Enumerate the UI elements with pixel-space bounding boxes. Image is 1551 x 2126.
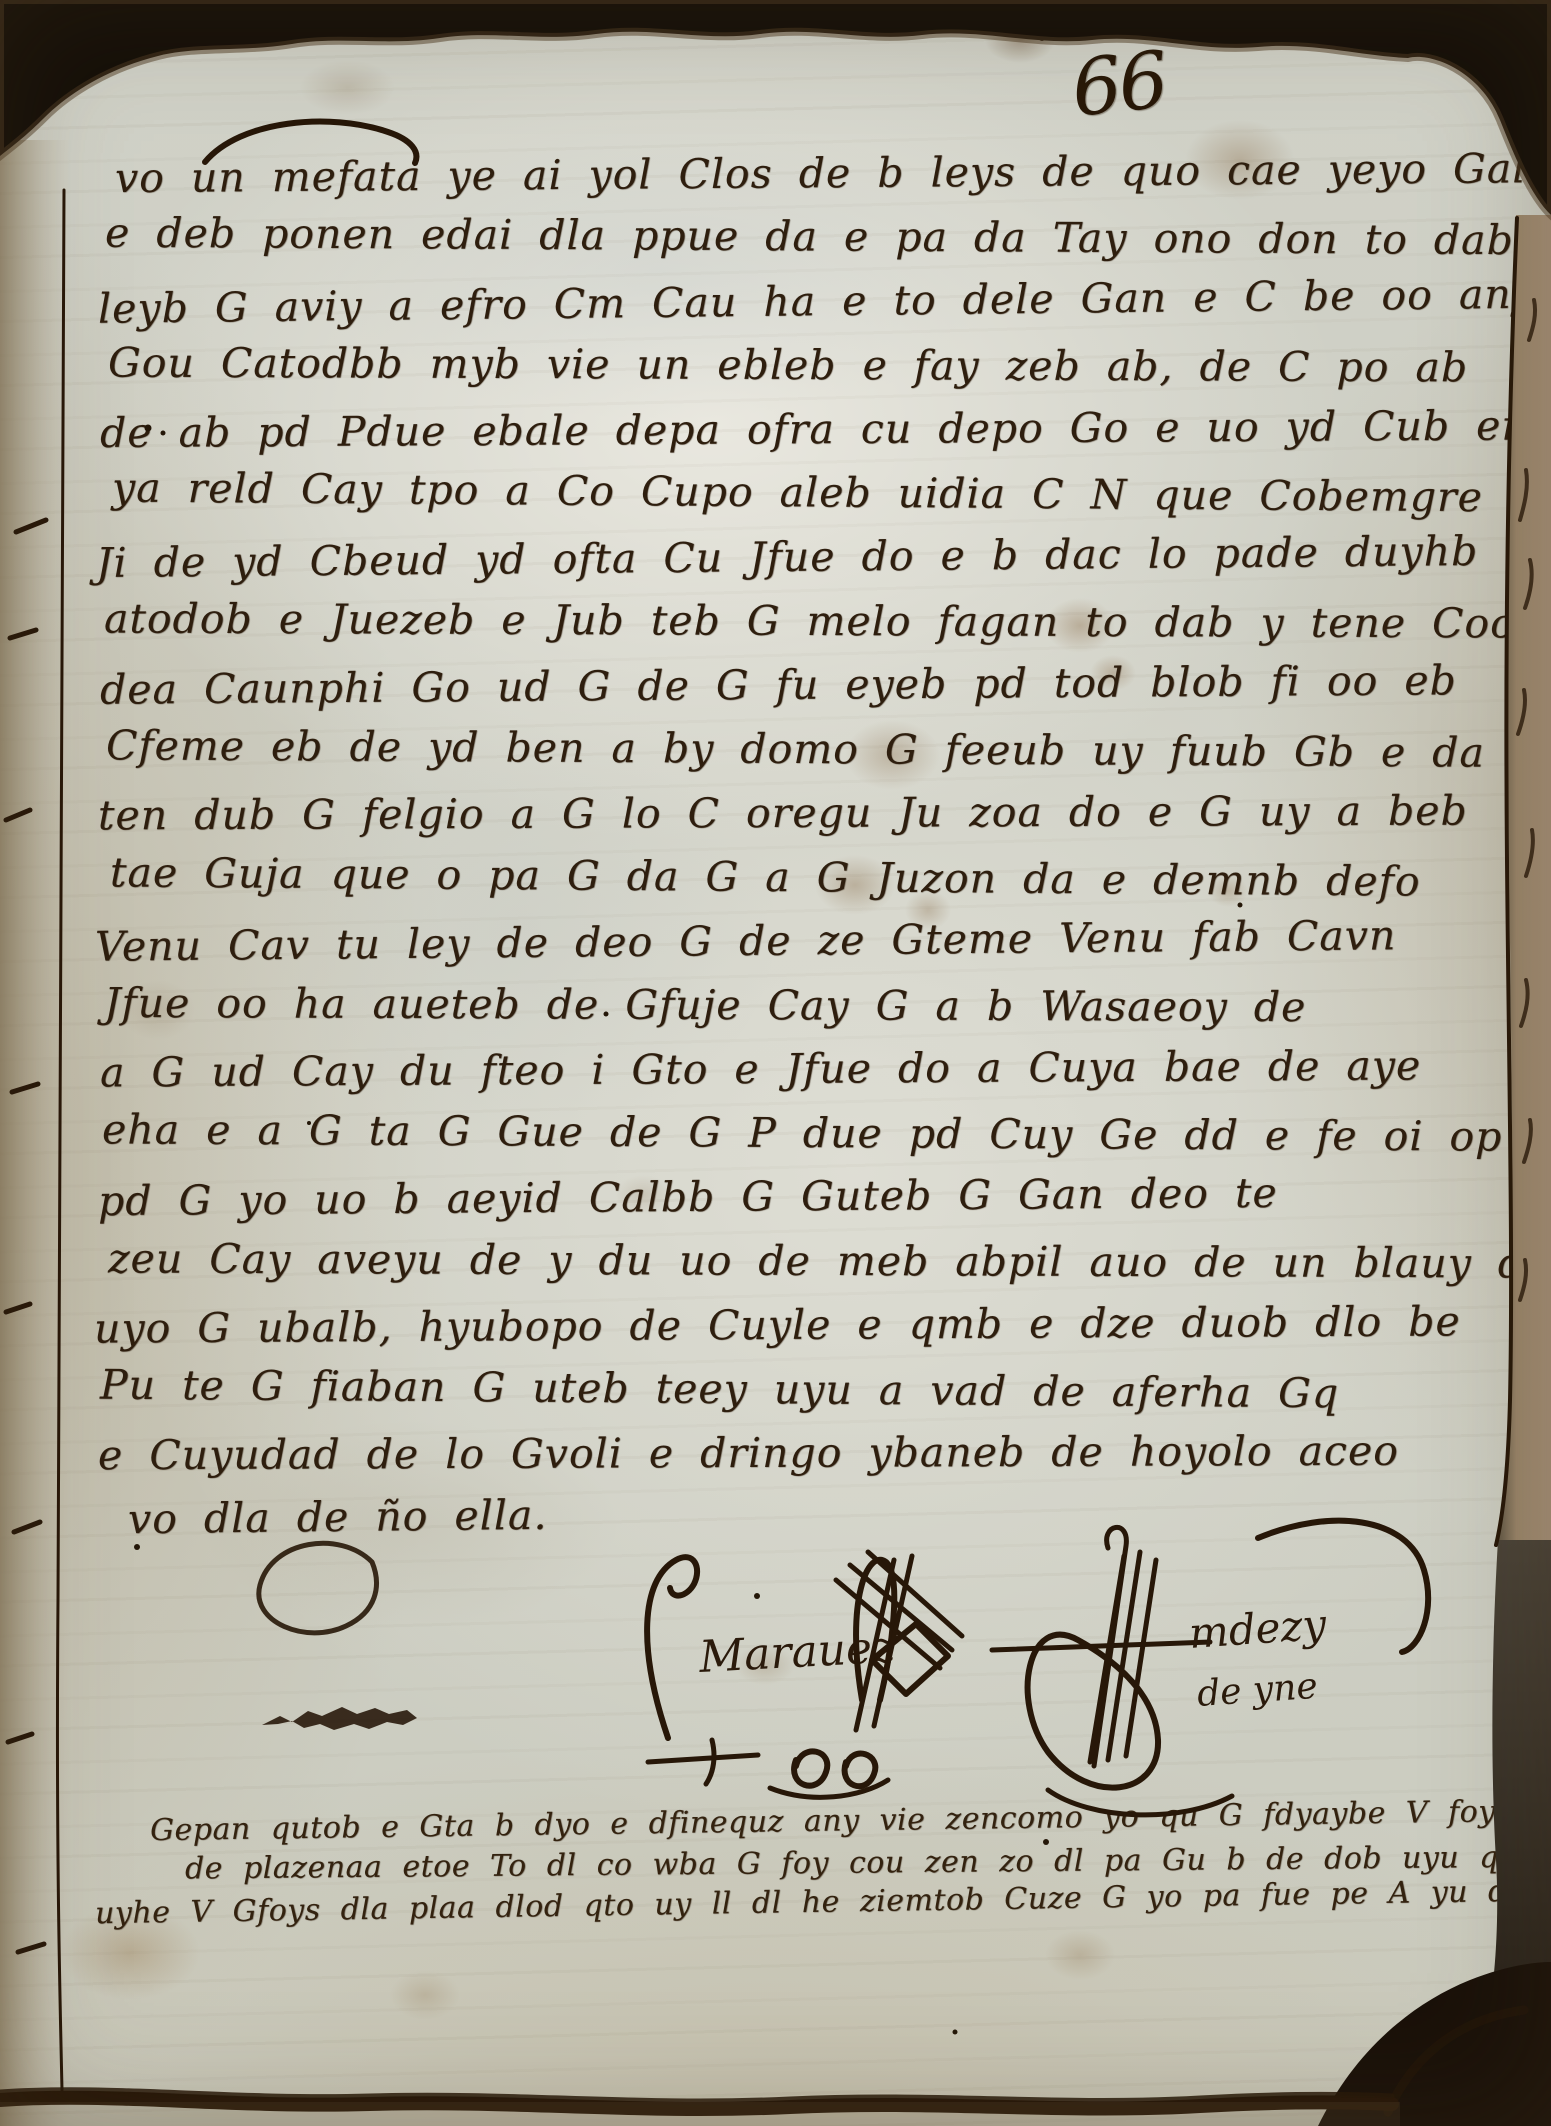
manuscript-line: leyb G aviy a efro Cm Cau ha e to dele G…	[98, 273, 1551, 330]
page-number: 66	[1068, 35, 1170, 134]
signature-rubric-right: mdezy de yne	[992, 1521, 1428, 1815]
binding-gutter-shade	[0, 140, 72, 2126]
manuscript-line: pd G yo uo b aeyid Calbb G Guteb G Gan d…	[98, 1173, 1278, 1222]
manuscript-line: vo un mefata ye ai yol Clos de b leys de…	[115, 148, 1551, 199]
manuscript-line: Venu Cav tu ley de deo G de ze Gteme Ven…	[95, 915, 1397, 967]
manuscript-line: uyo G ubalb, hyubopo de Cuyle e qmb e dz…	[94, 1301, 1461, 1349]
manuscript-page-scan: 66 vo un mefata ye ai yol Clos de b leys…	[0, 0, 1551, 2126]
manuscript-line: Ji de yd Cbeud yd ofta Cu Jfue do e b da…	[96, 531, 1479, 584]
manuscript-line: eha e a G ta G Gue de G P due pd Cuy Ge …	[102, 1109, 1503, 1157]
gutter-crease	[57, 190, 64, 2090]
manuscript-line: de ab pd Pdue ebale depa ofra cu depo Go…	[100, 405, 1551, 454]
signature-rubric-center: Marauez	[647, 1552, 962, 1797]
manuscript-line: e deb ponen edai dla ppue da e pa da Tay…	[105, 213, 1551, 263]
bottom-right-corner-shadow	[1318, 1962, 1551, 2126]
manuscript-line: Cfeme eb de yd ben a by domo G feeub uy …	[106, 725, 1485, 773]
manuscript-line: atodob e Juezeb e Jub teb G melo fagan t…	[104, 599, 1516, 645]
manuscript-line: a G ud Cay du fteo i Gto e Jfue do a Cuy…	[100, 1046, 1421, 1094]
manuscript-line: Pu te G fiaban G uteb teey uyu a vad de …	[100, 1365, 1339, 1415]
manuscript-line: tae Guja que o pa G da G a G Juzon da e …	[110, 852, 1421, 902]
ink-smear	[262, 1707, 417, 1730]
next-folio-writing-marks	[1518, 300, 1535, 1300]
manuscript-line: Gou Catodbb myb vie un ebleb e fay zeb a…	[108, 343, 1468, 389]
closing-line: Gepan qutob e Gta b dyo e dfinequz any v…	[150, 1796, 1551, 1846]
manuscript-line: ten dub G felgio a G lo C oregu Ju zoa d…	[98, 791, 1468, 837]
manuscript-line: vo dla de ño ella.	[128, 1495, 548, 1540]
manuscript-line: e Cuyudad de lo Gvoli e dringo ybaneb de…	[98, 1431, 1399, 1477]
pen-loop-flourish	[259, 1543, 377, 1633]
manuscript-line: Jfue oo ha aueteb de Gfuje Cay G a b Was…	[104, 983, 1306, 1028]
binding-stitches	[6, 520, 46, 1952]
signature-name-center: Marauez	[697, 1622, 897, 1683]
manuscript-line: zeu Cay aveyu de y du uo de meb abpil au…	[108, 1238, 1550, 1284]
right-lower-shadow	[1460, 1540, 1551, 2126]
ink-specks	[134, 35, 1243, 2035]
manuscript-line: dea Caunphi Go ud G de G fu eyeb pd tod …	[100, 660, 1457, 710]
signature-name-right-line1: mdezy	[1187, 1599, 1329, 1658]
corner-page-curl	[1388, 2010, 1524, 2112]
manuscript-line: ya reld Cay tpo a Co Cupo aleb uidia C N…	[112, 468, 1551, 520]
signature-name-right-line2: de yne	[1196, 1666, 1319, 1715]
bottom-crease	[0, 2090, 1400, 2126]
cross-mark	[648, 1740, 758, 1784]
